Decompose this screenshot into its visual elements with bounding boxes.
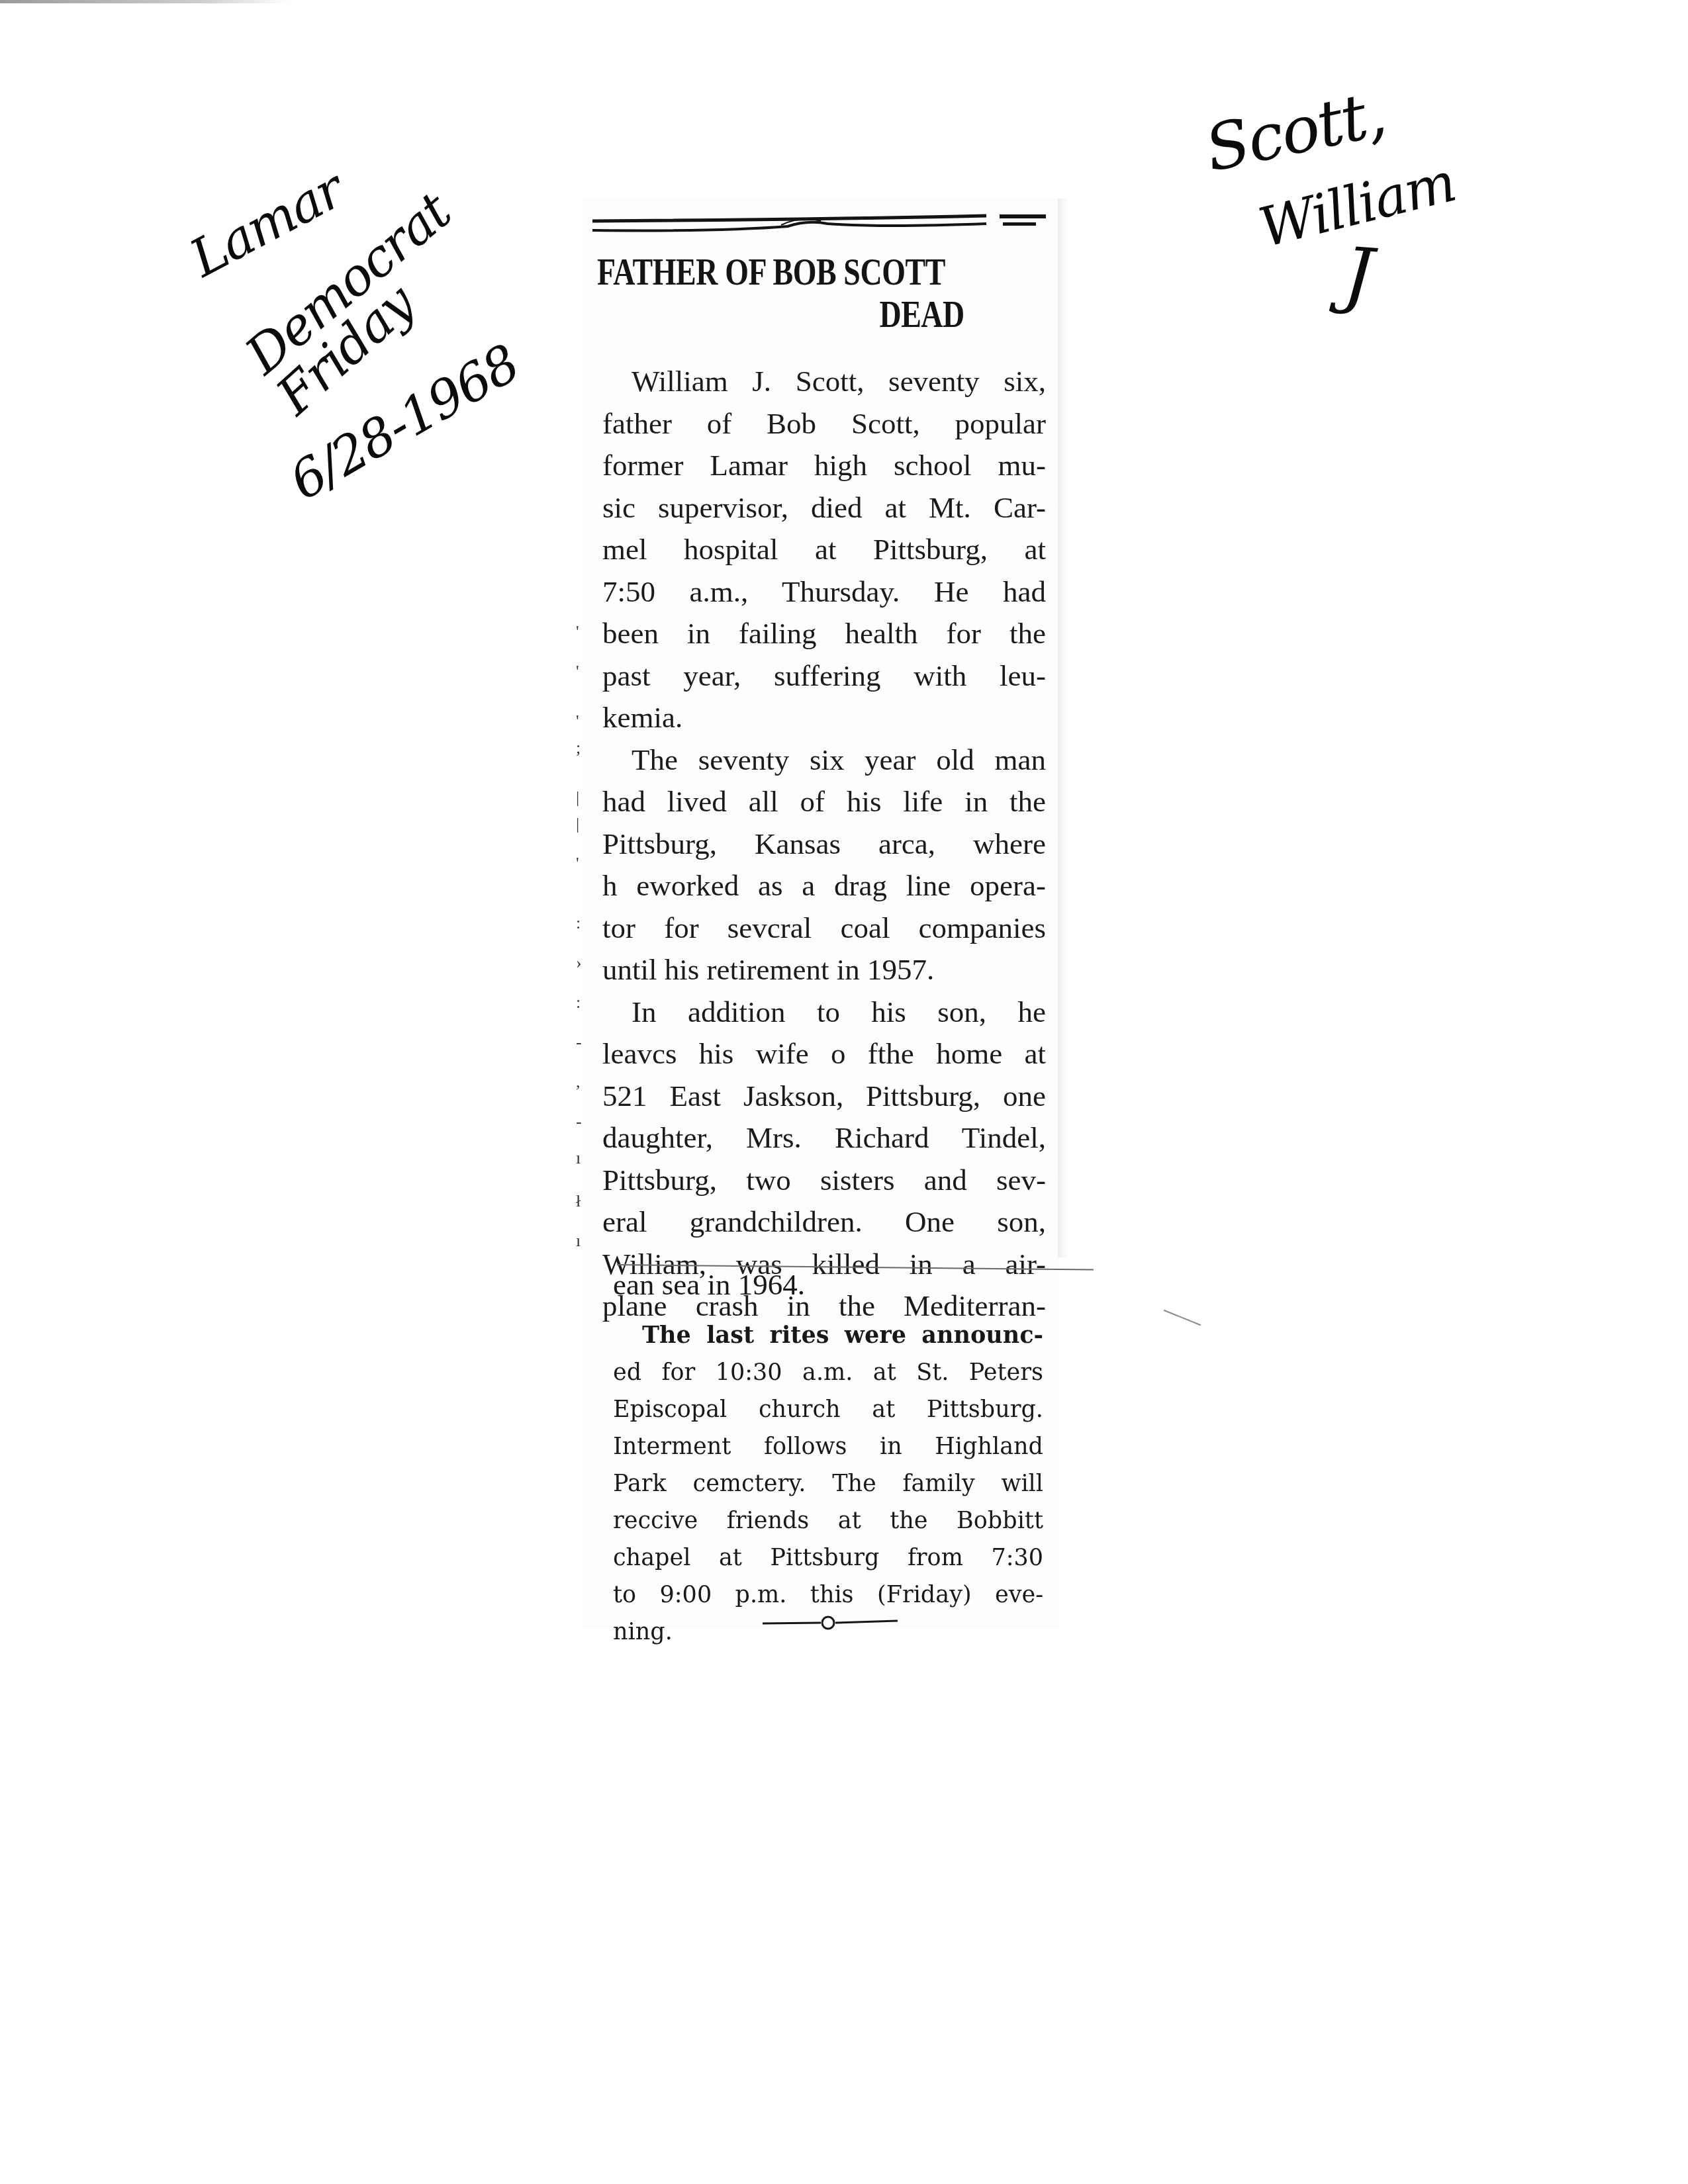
scan-edge-artifact (0, 0, 291, 3)
headline-line-2: DEAD (879, 294, 961, 336)
article-body: William J. Scott, seventy six, father of… (602, 361, 1046, 1328)
headline-line-1: FATHER OF BOB SCOTT (597, 251, 961, 294)
text-line: sic supervisor, died at Mt. Car- (602, 487, 1046, 529)
paragraph-1: William J. Scott, seventy six, father of… (602, 361, 1046, 739)
text-line: 7:50 a.m., Thursday. He had (602, 571, 1046, 614)
text-line: daughter, Mrs. Richard Tindel, (602, 1117, 1046, 1160)
text-line: William J. Scott, seventy six, (602, 361, 1046, 403)
handwritten-source-note: Lamar Democrat Friday 6/28-1968 (179, 159, 523, 477)
headline: FATHER OF BOB SCOTT DEAD (597, 251, 961, 336)
stray-pen-mark (1164, 1310, 1201, 1326)
text-line: ed for 10:30 a.m. at St. Peters (613, 1354, 1043, 1391)
text-line: to 9:00 p.m. this (Friday) eve- (613, 1576, 1043, 1614)
text-line: had lived all of his life in the (602, 781, 1046, 823)
text-line: h eworked as a drag line opera- (602, 865, 1046, 907)
text-line: kemia. (602, 697, 1046, 739)
text-line: former Lamar high school mu- (602, 445, 1046, 487)
text-line: Interment follows in Highland (613, 1428, 1043, 1465)
paragraph-4: The last rites were announc- ed for 10:3… (613, 1317, 1043, 1651)
text-line: reccive friends at the Bobbitt (613, 1502, 1043, 1539)
text-line: Pittsburg, Kansas arca, where (602, 823, 1046, 866)
note-initial: J (1341, 238, 1374, 312)
text-line: Episcopal church at Pittsburg. (613, 1391, 1043, 1428)
text-line: past year, suffering with leu- (602, 655, 1046, 698)
text-line: ean sea in 1964. (613, 1267, 1043, 1302)
text-line: mel hospital at Pittsburg, at (602, 529, 1046, 571)
text-line: tor for sevcral coal companies (602, 907, 1046, 950)
paragraph-2: The seventy six year old man had lived a… (602, 739, 1046, 991)
clipping-shadow (1058, 199, 1068, 1257)
text-line: The last rites were announc- (613, 1317, 1043, 1354)
text-line: The seventy six year old man (602, 739, 1046, 782)
text-line: leavcs his wife o fthe home at (602, 1033, 1046, 1075)
text-line: chapel at Pittsburg from 7:30 (613, 1539, 1043, 1576)
text-line: until his retirement in 1957. (602, 949, 1046, 991)
ornamental-rule (589, 212, 1053, 238)
article-body-continued: ean sea in 1964. (613, 1267, 1043, 1302)
text-line: father of Bob Scott, popular (602, 403, 1046, 445)
text-line: Park cemctery. The family will (613, 1465, 1043, 1502)
text-line: 521 East Jaskson, Pittsburg, one (602, 1075, 1046, 1118)
text-line: been in failing health for the (602, 613, 1046, 655)
text-line: eral grandchildren. One son, (602, 1201, 1046, 1244)
text-line: In addition to his son, he (602, 991, 1046, 1034)
newspaper-clipping: FATHER OF BOB SCOTT DEAD William J. Scot… (583, 199, 1059, 1628)
text-line: Pittsburg, two sisters and sev- (602, 1160, 1046, 1202)
note-surname: Scott, (1200, 81, 1390, 181)
handwritten-name-note: Scott, William J (1192, 86, 1509, 338)
end-of-article-ornament (761, 1615, 900, 1631)
